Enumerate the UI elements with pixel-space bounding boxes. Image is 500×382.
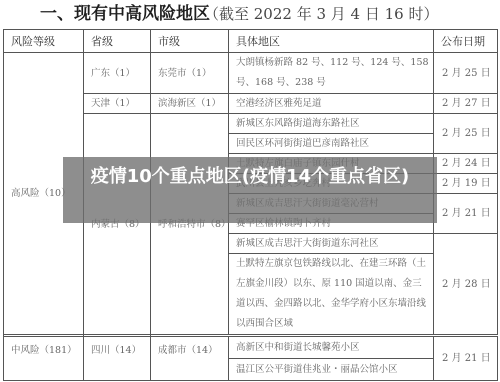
date-cell: 2 月 25 日: [434, 53, 498, 94]
city-cell: 东莞市（1）: [151, 53, 229, 94]
province-cell: 四川（14）: [84, 337, 151, 381]
date-cell: 2 月 25 日: [434, 114, 498, 154]
date-cell: 2 月 28 日: [434, 234, 498, 335]
document-title: 一、现有中高风险地区 （截至 2022 年 3 月 4 日 16 时）: [0, 0, 500, 28]
area-cell: 高新区中和街道长城馨苑小区: [229, 337, 434, 359]
header-risk-level: 风险等级: [4, 30, 84, 53]
title-date-note: （截至 2022 年 3 月 4 日 16 时）: [204, 0, 439, 28]
table-row: 高风险（10） 广东（1） 东莞市（1） 大朗镇杨新路 82 号、112 号、1…: [4, 53, 498, 94]
province-cell: 天津（1）: [84, 94, 151, 114]
area-cell: 回民区环河街街道巴彦南路社区: [229, 134, 434, 154]
table-header-row: 风险等级 省级 市级 具体地区 公布日期: [4, 30, 498, 53]
date-cell: 2 月 19 日: [434, 174, 498, 194]
header-city: 市级: [151, 30, 229, 53]
date-cell: 2 月 21 日: [434, 337, 498, 381]
area-cell: 新城区东风路街道海东路社区: [229, 114, 434, 134]
province-cell: 内蒙古（8）: [84, 114, 151, 335]
title-heading: 一、现有中高风险地区: [40, 0, 210, 28]
area-cell: 空港经济区雅苑足道: [229, 94, 434, 114]
table-row: 中风险（181） 四川（14） 成都市（14） 高新区中和街道长城馨苑小区 2 …: [4, 337, 498, 359]
date-cell: 2 月 27 日: [434, 94, 498, 114]
caption-banner: 疫情10个重点地区(疫情14个重点省区): [63, 157, 437, 223]
area-cell: 温江区公平街道佳兆业・丽晶公馆小区: [229, 359, 434, 381]
area-cell: 土默特左旗京包铁路线以北、在建三环路（土左旗金川段）以东、原 110 国道以南、…: [229, 254, 434, 335]
header-province: 省级: [84, 30, 151, 53]
area-cell: 大朗镇杨新路 82 号、112 号、124 号、158 号、168 号、238 …: [229, 53, 434, 94]
header-area: 具体地区: [229, 30, 434, 53]
mid-risk-table: 中风险（181） 四川（14） 成都市（14） 高新区中和街道长城馨苑小区 2 …: [3, 336, 498, 381]
date-cell: 2 月 24 日: [434, 154, 498, 174]
header-date: 公布日期: [434, 30, 498, 53]
date-cell: 2 月 21 日: [434, 194, 498, 234]
province-cell: 广东（1）: [84, 53, 151, 94]
risk-level-mid-cell: 中风险（181）: [4, 337, 84, 381]
city-cell: 成都市（14）: [151, 337, 229, 381]
city-cell: 呼和浩特市（8）: [151, 114, 229, 335]
city-cell: 滨海新区（1）: [151, 94, 229, 114]
banner-text: 疫情10个重点地区(疫情14个重点省区): [63, 157, 437, 190]
area-cell: 新城区成吉思汗大街街道东河社区: [229, 234, 434, 254]
